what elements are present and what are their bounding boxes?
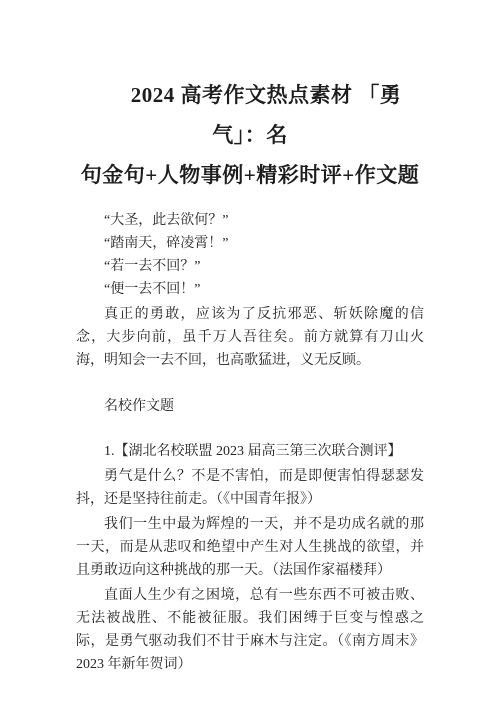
body-paragraph-2: 我们一生中最为辉煌的一天，并不是功成名就的那一天，而是从悲叹和绝望中产生对人生挑… [76,513,424,582]
quote-line-1: “大圣，此去欲何？” [76,209,424,232]
page-title-line-1: 2024 高考作文热点素材 「勇气」：名 [131,83,402,147]
body-paragraph-3: 直面人生少有之困境，总有一些东西不可被击败、无法被战胜、不能被征服。我们困缚于巨… [76,584,424,676]
quote-line-2: “踏南天，碎凌霄！” [76,232,424,255]
document-body: “大圣，此去欲何？” “踏南天，碎凌霄！” “若一去不回？” “便一去不回！” … [76,209,424,676]
page-title-line-2: 句金句+人物事例+精彩时评+作文题 [76,155,424,195]
document-page: 2024 高考作文热点素材 「勇气」：名 句金句+人物事例+精彩时评+作文题 “… [0,0,500,707]
section-heading: 名校作文题 [76,395,424,418]
item-heading: 1.【湖北名校联盟 2023 届高三第三次联合测评】 [76,440,424,463]
body-paragraph-1: 勇气是什么？不是不害怕，而是即便害怕得瑟瑟发抖，还是坚持往前走。（《中国青年报》… [76,465,424,511]
intro-paragraph: 真正的勇敢，应该为了反抗邪恶、斩妖除魔的信念，大步向前，虽千万人吾往矣。前方就算… [76,303,424,372]
page-title: 2024 高考作文热点素材 「勇气」：名 句金句+人物事例+精彩时评+作文题 [76,75,424,195]
quote-line-4: “便一去不回！” [76,278,424,301]
quote-line-3: “若一去不回？” [76,255,424,278]
